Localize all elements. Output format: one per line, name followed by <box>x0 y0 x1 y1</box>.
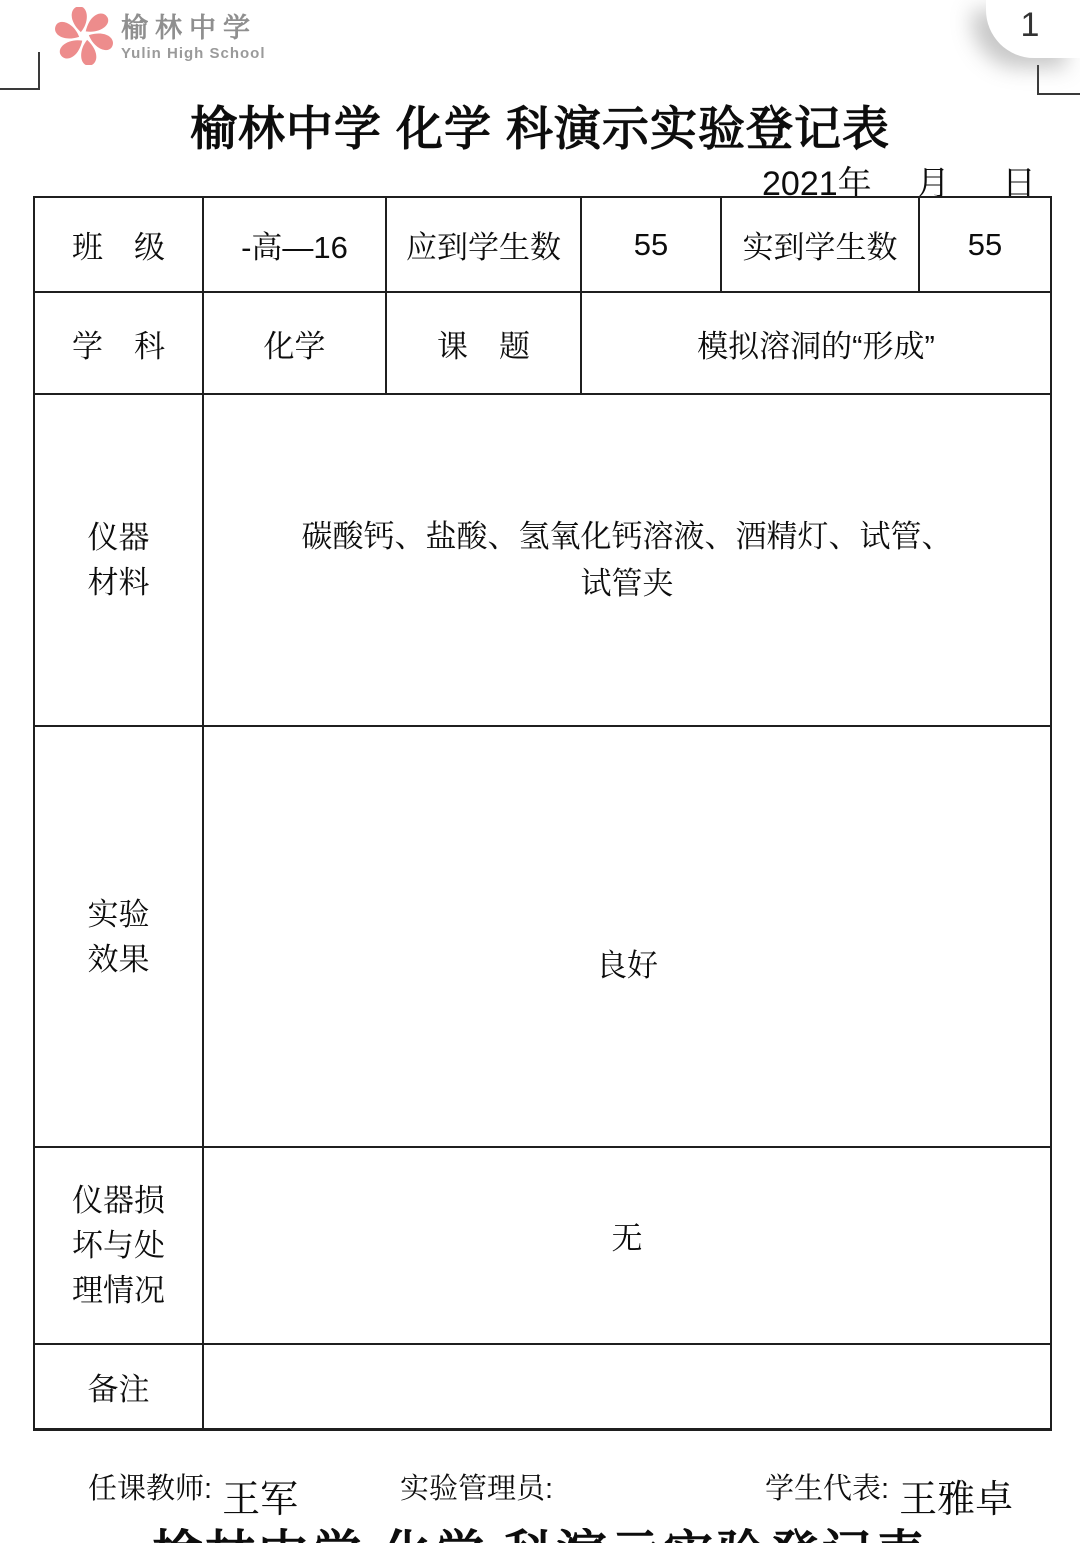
school-logo: 榆林中学 Yulin High School <box>55 7 266 65</box>
effect-label-line: 效果 <box>35 937 202 982</box>
effect-label-line: 实验 <box>35 892 202 937</box>
page-number: 1 <box>1021 6 1040 45</box>
date-line: 2021年 月 日 <box>0 156 1080 196</box>
logo-school-name-en: Yulin High School <box>121 45 266 63</box>
table-row-class: 班 级 -高—16 应到学生数 55 实到学生数 55 <box>34 197 1051 292</box>
logo-school-name-cn: 榆林中学 <box>121 13 266 43</box>
subject-label-cell: 学 科 <box>34 292 203 394</box>
table-row-subject: 学 科 化学 课 题 模拟溶洞的“形成” <box>34 292 1051 394</box>
actual-students-label-cell: 实到学生数 <box>721 197 919 292</box>
damage-label-line: 仪器损 <box>35 1178 202 1223</box>
page-corner-tab[interactable]: 1 <box>986 0 1080 58</box>
damage-label-line: 理情况 <box>35 1268 202 1313</box>
corner-mark-right <box>1037 65 1080 95</box>
equipment-label-cell: 仪器 材料 <box>34 394 203 726</box>
equipment-value-cell: 碳酸钙、盐酸、氢氧化钙溶液、酒精灯、试管、 试管夹 <box>203 394 1051 726</box>
table-row-damage: 仪器损 坏与处 理情况 无 <box>34 1147 1051 1344</box>
table-row-effect: 实验 效果 良好 <box>34 726 1051 1147</box>
effect-label-cell: 实验 效果 <box>34 726 203 1147</box>
corner-mark-left <box>0 52 40 90</box>
effect-value-text: 良好 <box>204 940 1050 985</box>
equipment-value-line: 碳酸钙、盐酸、氢氧化钙溶液、酒精灯、试管、 <box>204 513 1050 560</box>
topic-value-cell: 模拟溶洞的“形成” <box>581 292 1051 394</box>
actual-students-value-cell: 55 <box>919 197 1051 292</box>
page-title: 榆林中学 化学 科演示实验登记表 <box>0 92 1080 159</box>
student-name: 王雅卓 <box>899 1480 1013 1520</box>
equipment-label-line: 仪器 <box>35 515 202 560</box>
logo-flower-icon <box>55 7 113 65</box>
damage-label-cell: 仪器损 坏与处 理情况 <box>34 1147 203 1344</box>
manager-label: 实验管理员: <box>400 1472 553 1506</box>
expected-students-value-cell: 55 <box>581 197 721 292</box>
subject-value-cell: 化学 <box>203 292 386 394</box>
manager-signature-group: 实验管理员: <box>400 1472 563 1506</box>
damage-value-cell: 无 <box>203 1147 1051 1344</box>
topic-label-cell: 课 题 <box>386 292 581 394</box>
equipment-label-line: 材料 <box>35 560 202 605</box>
class-label-cell: 班 级 <box>34 197 203 292</box>
teacher-signature-group: 任课教师: 王军 <box>88 1472 298 1512</box>
student-signature-group: 学生代表: 王雅卓 <box>765 1472 1013 1512</box>
damage-label-line: 坏与处 <box>35 1223 202 1268</box>
remarks-value-cell <box>203 1344 1051 1429</box>
damage-value-text: 无 <box>204 1213 1050 1258</box>
class-value-cell: -高—16 <box>203 197 386 292</box>
expected-students-label-cell: 应到学生数 <box>386 197 581 292</box>
equipment-value-line: 试管夹 <box>204 560 1050 607</box>
student-label: 学生代表: <box>765 1472 889 1506</box>
next-page-title-clipped: 榆林中学 化学 科演示实验登记表 <box>0 1528 1080 1543</box>
teacher-label: 任课教师: <box>88 1472 212 1506</box>
registration-table: 班 级 -高—16 应到学生数 55 实到学生数 55 学 科 化学 课 题 模… <box>33 196 1052 1431</box>
table-row-remarks: 备注 <box>34 1344 1051 1429</box>
effect-value-cell: 良好 <box>203 726 1051 1147</box>
remarks-label-cell: 备注 <box>34 1344 203 1429</box>
teacher-name: 王军 <box>222 1480 298 1520</box>
table-row-equipment: 仪器 材料 碳酸钙、盐酸、氢氧化钙溶液、酒精灯、试管、 试管夹 <box>34 394 1051 726</box>
